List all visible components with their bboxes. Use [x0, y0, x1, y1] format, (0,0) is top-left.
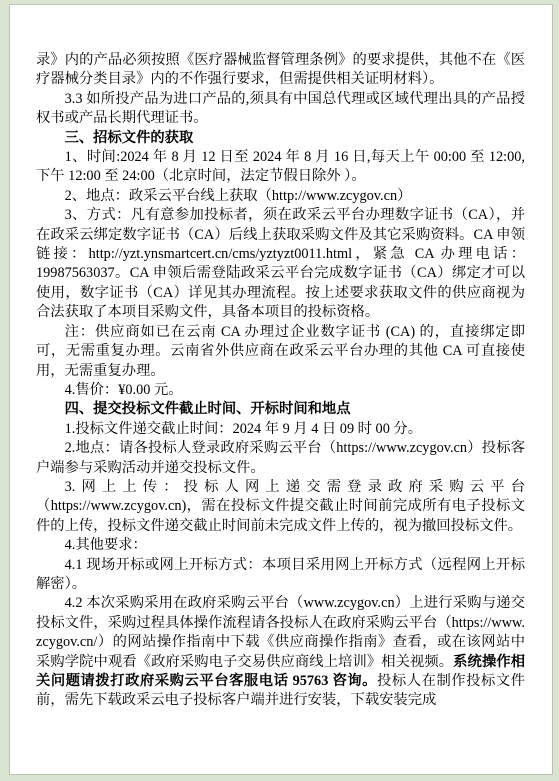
document-viewer-background: 录》内的产品必须按照《医疗器械监督管理条例》的要求提供，其他不在《医疗器械分类目… — [0, 0, 559, 781]
paragraph-s4-4-2-procurement-platform: 4.2 本次采购采用在政府采购云平台（www.zcygov.cn）上进行采购与递… — [36, 594, 525, 710]
paragraph-s3-note-ca: 注：供应商如已在云南 CA 办理过企业数字证书 (CA) 的，直接绑定即可，无需… — [36, 323, 525, 381]
paragraph-s4-other-requirements: 4.其他要求： — [36, 536, 525, 555]
paragraph-s4-4-1-bid-opening-method: 4.1 现场开标或网上开标方式：本项目采用网上开标方式（远程网上开标解密）。 — [36, 556, 525, 595]
paragraph-s3-method: 3、方式：凡有意参加投标者，须在政采云平台办理数字证书（CA），并在政采云绑定数… — [36, 206, 525, 322]
paragraph-catalog-continuation: 录》内的产品必须按照《医疗器械监督管理条例》的要求提供，其他不在《医疗器械分类目… — [36, 51, 525, 90]
document-page: 录》内的产品必须按照《医疗器械监督管理条例》的要求提供，其他不在《医疗器械分类目… — [9, 4, 553, 775]
heading-section-4-submission-deadline: 四、提交投标文件截止时间、开标时间和地点 — [36, 400, 525, 419]
paragraph-s3-time: 1、时间:2024 年 8 月 12 日至 2024 年 8 月 16 日,每天… — [36, 148, 525, 187]
paragraph-s3-location: 2、地点：政采云平台线上获取（http://www.zcygov.cn） — [36, 187, 525, 206]
paragraph-s4-online-upload: 3.网上上传：投标人网上递交需登录政府采购云平台（https://www.zcy… — [36, 478, 525, 536]
page-content: 录》内的产品必须按照《医疗器械监督管理条例》的要求提供，其他不在《医疗器械分类目… — [10, 5, 552, 711]
procurement-platform-text-pre: 4.2 本次采购采用在政府采购云平台（www.zcygov.cn）上进行采购与递… — [36, 595, 525, 669]
paragraph-s3-price: 4.售价：¥0.00 元。 — [36, 381, 525, 400]
paragraph-s4-deadline: 1.投标文件递交截止时间：2024 年 9 月 4 日 09 时 00 分。 — [36, 420, 525, 439]
paragraph-s4-submit-location: 2.地点：请各投标人登录政府采购云平台（https://www.zcygov.c… — [36, 439, 525, 478]
heading-section-3-obtain-tender-documents: 三、招标文件的获取 — [36, 129, 525, 148]
paragraph-3-3-imported-products: 3.3 如所投产品为进口产品的,须具有中国总代理或区域代理出具的产品授权书或产品… — [36, 90, 525, 129]
